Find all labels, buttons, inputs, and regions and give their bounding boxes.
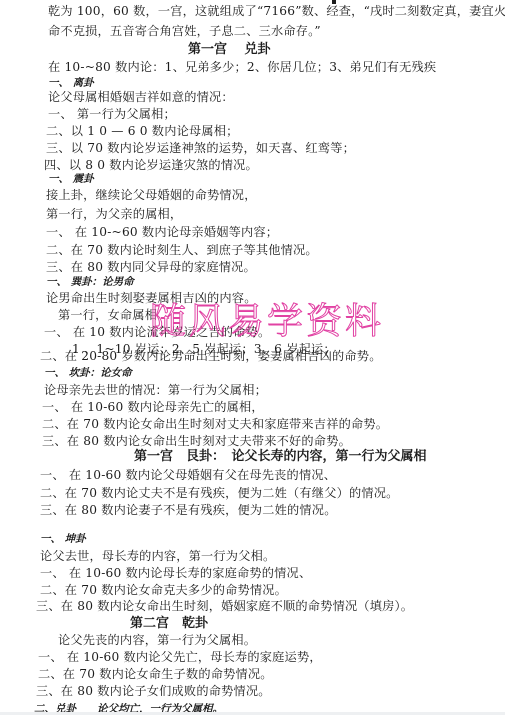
qian-line-4: 三、在 80 数内论子女们成败的命势情况。	[36, 683, 271, 699]
gen-line-3: 三、在 80 数内论妻子不是有残疾，便为二姓的情况。	[40, 502, 337, 518]
subheading-li: 一、 离卦	[48, 76, 94, 90]
li-line-3: 二、以 1 0 — 6 0 数内论母属相；	[46, 123, 239, 139]
li-line-2: 一、 第一行为父属相；	[48, 106, 176, 122]
kun-line-2: 一、 在 10-60 数内论母长寿的家庭命势的情况、	[40, 565, 311, 581]
section1-intro: 在 10-~80 数内论：1、兄弟多少；2、你居几位；3、弟兄们有无残疾	[48, 59, 436, 75]
xun-line-5: 二、在 20-80 岁数内论男命出生时刻，娶妻属相吉凶的命势。	[40, 348, 382, 364]
kun-line-4: 三、在 80 数内论女命出生时刻，婚姻家庭不顺的命势情况（填房）。	[36, 598, 413, 614]
zhen-line-3: 一、 在 10-~60 数内论母亲婚姻等内容；	[46, 224, 278, 240]
li-line-4: 三、以 70 数内论岁运逢神煞的运势，如天喜、红鸾等；	[46, 140, 355, 156]
kan-line-3: 二、在 70 数内论女命出生时刻对丈夫和家庭带来吉祥的命势。	[42, 416, 388, 432]
qian-line-3: 二、在 70 数内论女命生子数的命势情况。	[38, 666, 273, 682]
qian-line-2: 一、 在 10-60 数内论父先亡，母长寿的家庭运势，	[38, 649, 322, 665]
gen-line-1: 一、 在 10-60 数内论父母婚姻有父在母先丧的情况、	[40, 467, 336, 483]
xun-line-2: 第一行，女命属相	[58, 307, 157, 323]
qian-line-1: 论父先丧的内容，第一行为父属相。	[58, 632, 256, 648]
li-line-5: 四、以 8 0 数内论岁运逢灾煞的情况。	[44, 157, 258, 173]
intro-line-2: 命不克损，五音寄合角宫姓，子息二、三水命存。”	[48, 23, 321, 39]
section-heading-dui: 第一宫 兑卦	[188, 42, 271, 58]
section-heading-gen: 第一宫 艮卦： 论父长寿的内容，第一行为父属相	[134, 449, 427, 465]
gen-line-2: 二、在 70 数内论丈夫不是有残疾，便为二姓（有继父）的情况。	[40, 485, 399, 501]
subheading-xun: 一、 巽卦：论男命	[46, 275, 134, 289]
scanned-document-page: 乾为 100，60 数，一宫，这就组成了“7166”数、经查，“戌时二刻数定真，…	[0, 0, 505, 715]
watermark-text: 随风易学资料	[150, 302, 384, 342]
subheading-kan: 一、 坎卦：论女命	[44, 366, 132, 380]
kan-line-4: 三、在 80 数内论女命出生时刻对丈夫带来不好的命势。	[42, 433, 351, 449]
zhen-line-4: 二、在 70 数内论时刻生人、到庶子等其他情况。	[46, 242, 318, 258]
subheading-zhen: 一、 震卦	[48, 172, 94, 186]
kun-line-3: 二、在 70 数内论女命克夫多少的命势情况。	[40, 582, 287, 598]
zhen-line-1: 接上卦，继续论父母婚姻的命势情况，	[46, 187, 257, 203]
zhen-line-2: 第一行，为父亲的属相，	[46, 206, 182, 222]
subheading-kun: 一、 坤卦	[40, 532, 86, 546]
kan-line-1: 论母亲先去世的情况：第一行为父属相；	[44, 382, 267, 398]
kan-line-2: 一、 在 10-60 数内论母亲先亡的属相，	[42, 399, 264, 415]
intro-line-1: 乾为 100，60 数，一宫，这就组成了“7166”数、经查，“戌时二刻数定真，…	[48, 3, 505, 19]
kun-line-1: 论父去世，母长寿的内容，第一行为父相。	[40, 548, 275, 564]
zhen-line-5: 三、在 80 数内同父异母的家庭情况。	[46, 259, 256, 275]
section-heading-qian: 第二宫 乾卦	[130, 616, 208, 632]
li-line-1: 论父母属相婚姻吉祥如意的情况：	[48, 89, 234, 105]
